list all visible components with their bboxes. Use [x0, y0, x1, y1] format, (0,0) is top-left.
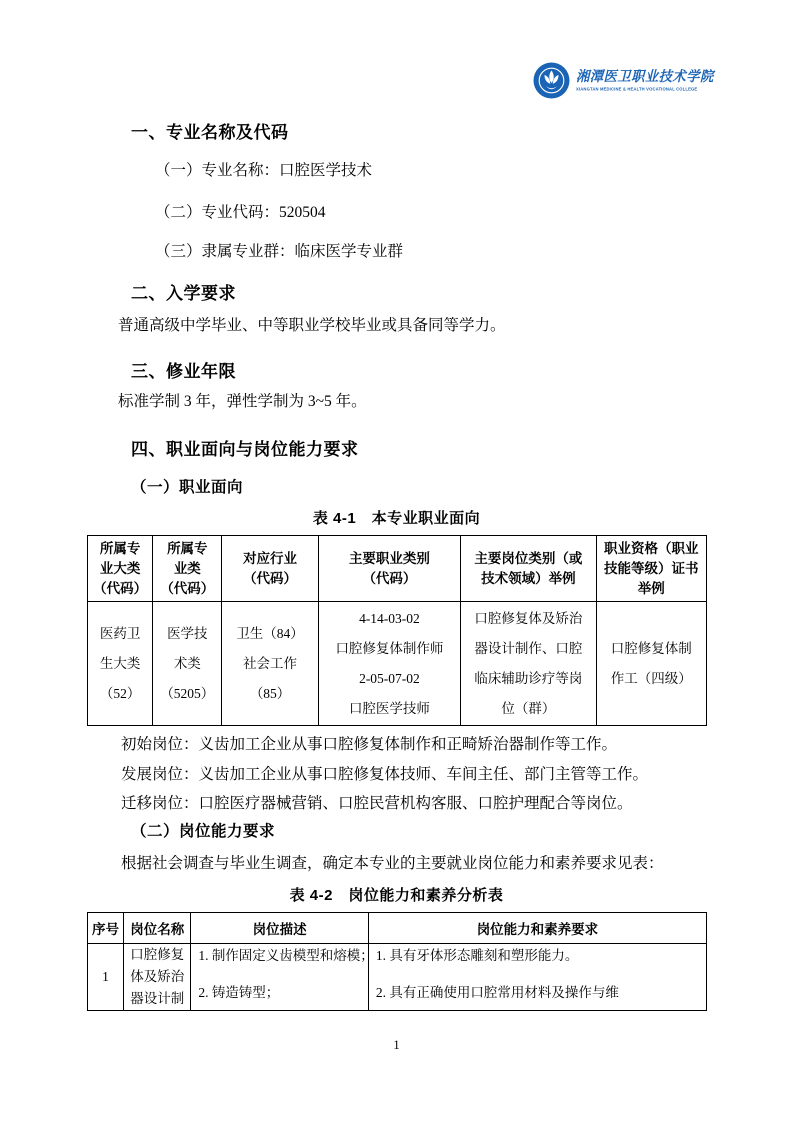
- cell-line: 口腔修复体及矫治: [463, 604, 593, 634]
- cell-line: （5205）: [155, 679, 219, 709]
- cell-line: 器设计制: [126, 988, 188, 1010]
- t2-header-row: 序号 岗位名称 岗位描述 岗位能力和素养要求: [88, 913, 707, 944]
- t2-header-post-desc: 岗位描述: [191, 913, 369, 944]
- subsection-career-heading: （一）职业面向: [131, 478, 243, 498]
- cell-line: 职业资格（职业: [599, 539, 704, 559]
- t2-cell-no: 1: [88, 944, 124, 1011]
- t2-cell-post-desc: 1. 制作固定义齿模型和熔模；2. 铸造铸型；: [191, 944, 369, 1011]
- cell-line: 2-05-07-02: [321, 664, 458, 694]
- cell-line: （代码）: [224, 569, 315, 589]
- t2-cell-requirements: 1. 具有牙体形态雕刻和塑形能力。2. 具有正确使用口腔常用材料及操作与维: [368, 944, 706, 1011]
- cell-line: 临床辅助诊疗等岗: [463, 664, 593, 694]
- t1-header-certificates: 职业资格（职业技能等级）证书举例: [596, 536, 706, 602]
- t1-header-row: 所属专业大类（代码） 所属专业类（代码） 对应行业（代码） 主要职业类别（代码）…: [88, 536, 707, 602]
- cell-line: 口腔医学技师: [321, 694, 458, 724]
- competency-analysis-table: 序号 岗位名称 岗位描述 岗位能力和素养要求 1 口腔修复体及矫治器设计制 1.…: [87, 912, 707, 1011]
- cell-line: （代码）: [90, 579, 150, 599]
- cell-line: 社会工作: [224, 649, 315, 679]
- t1-data-row: 医药卫生大类（52） 医学技术类（5205） 卫生（84）社会工作（85） 4-…: [88, 602, 707, 726]
- section-3-body: 标准学制 3 年，弹性学制为 3~5 年。: [118, 391, 367, 413]
- cell-line: （85）: [224, 679, 315, 709]
- college-name-block: 湘潭医卫职业技术学院 XIANGTAN MEDICINE & HEALTH VO…: [576, 62, 793, 96]
- t2-header-requirements: 岗位能力和素养要求: [368, 913, 706, 944]
- section-1-item-major-group: （三）隶属专业群：临床医学专业群: [155, 241, 403, 263]
- subsection-competency-heading: （二）岗位能力要求: [131, 822, 275, 842]
- t1-cell-occupation-class: 4-14-03-02口腔修复体制作师2-05-07-02口腔医学技师: [318, 602, 460, 726]
- cell-line: 术类: [155, 649, 219, 679]
- cell-line: 所属专: [155, 539, 219, 559]
- cell-line: 1. 制作固定义齿模型和熔模；: [198, 947, 364, 965]
- survey-note-text: 根据社会调查与毕业生调查，确定本专业的主要就业岗位能力和素养要求见表：: [121, 853, 664, 875]
- cell-line: （代码）: [155, 579, 219, 599]
- section-1-item-major-code: （二）专业代码：520504: [155, 202, 326, 224]
- cell-line: 业大类: [90, 559, 150, 579]
- college-name-cn: 湘潭医卫职业技术学院: [576, 66, 793, 86]
- cell-line: 主要职业类别: [321, 549, 458, 569]
- section-1-item-major-name: （一）专业名称：口腔医学技术: [155, 160, 372, 182]
- section-2-body: 普通高级中学毕业、中等职业学校毕业或具备同等学力。: [118, 315, 506, 337]
- table-4-1-caption: 表 4-1 本专业职业面向: [88, 507, 705, 528]
- cell-line: 4-14-03-02: [321, 604, 458, 634]
- cell-line: 医学技: [155, 619, 219, 649]
- t1-header-major-category: 所属专业大类（代码）: [88, 536, 153, 602]
- initial-position-text: 初始岗位：义齿加工企业从事口腔修复体制作和正畸矫治器制作等工作。: [121, 734, 617, 756]
- document-page: 湘潭医卫职业技术学院 XIANGTAN MEDICINE & HEALTH VO…: [0, 0, 793, 1122]
- t1-header-industry: 对应行业（代码）: [222, 536, 318, 602]
- t2-header-post-name: 岗位名称: [124, 913, 191, 944]
- cell-line: 业类: [155, 559, 219, 579]
- section-4-heading: 四、职业面向与岗位能力要求: [131, 439, 359, 461]
- cell-line: 所属专: [90, 539, 150, 559]
- cell-line: 对应行业: [224, 549, 315, 569]
- cell-line: 主要岗位类别（或: [463, 549, 593, 569]
- cell-line: 技术领域）举例: [463, 569, 593, 589]
- cell-line: 口腔修复体制作师: [321, 634, 458, 664]
- table-4-2-caption: 表 4-2 岗位能力和素养分析表: [88, 884, 705, 905]
- t1-cell-post-examples: 口腔修复体及矫治器设计制作、口腔临床辅助诊疗等岗位（群）: [461, 602, 596, 726]
- career-orientation-table: 所属专业大类（代码） 所属专业类（代码） 对应行业（代码） 主要职业类别（代码）…: [87, 535, 707, 726]
- section-2-heading: 二、入学要求: [131, 283, 236, 305]
- cell-line: 2. 铸造铸型；: [198, 984, 364, 1002]
- transfer-position-text: 迁移岗位：口腔医疗器械营销、口腔民营机构客服、口腔护理配合等岗位。: [121, 793, 633, 815]
- college-seal-icon: [533, 62, 570, 99]
- t1-cell-major-class: 医学技术类（5205）: [153, 602, 222, 726]
- cell-line: 作工（四级）: [599, 664, 704, 694]
- section-1-heading: 一、专业名称及代码: [131, 122, 289, 144]
- cell-line: 举例: [599, 579, 704, 599]
- t2-data-row: 1 口腔修复体及矫治器设计制 1. 制作固定义齿模型和熔模；2. 铸造铸型； 1…: [88, 944, 707, 1011]
- t1-header-major-class: 所属专业类（代码）: [153, 536, 222, 602]
- section-3-heading: 三、修业年限: [131, 361, 236, 383]
- cell-line: 生大类: [90, 649, 150, 679]
- cell-line: （代码）: [321, 569, 458, 589]
- t1-header-occupation-class: 主要职业类别（代码）: [318, 536, 460, 602]
- cell-line: 技能等级）证书: [599, 559, 704, 579]
- cell-line: 医药卫: [90, 619, 150, 649]
- cell-line: 口腔修复: [126, 944, 188, 966]
- college-name-en: XIANGTAN MEDICINE & HEALTH VOCATIONAL CO…: [576, 87, 697, 92]
- development-position-text: 发展岗位：义齿加工企业从事口腔修复体技师、车间主任、部门主管等工作。: [121, 764, 648, 786]
- t1-header-post-examples: 主要岗位类别（或技术领域）举例: [461, 536, 596, 602]
- t2-header-no: 序号: [88, 913, 124, 944]
- cell-line: （52）: [90, 679, 150, 709]
- cell-line: 1. 具有牙体形态雕刻和塑形能力。: [376, 947, 702, 965]
- cell-line: 体及矫治: [126, 966, 188, 988]
- cell-line: 口腔修复体制: [599, 634, 704, 664]
- college-logo: 湘潭医卫职业技术学院 XIANGTAN MEDICINE & HEALTH VO…: [533, 62, 793, 99]
- t1-cell-industry: 卫生（84）社会工作（85）: [222, 602, 318, 726]
- t1-cell-major-category: 医药卫生大类（52）: [88, 602, 153, 726]
- t1-cell-certificates: 口腔修复体制作工（四级）: [596, 602, 706, 726]
- cell-line: 卫生（84）: [224, 619, 315, 649]
- cell-line: 器设计制作、口腔: [463, 634, 593, 664]
- cell-line: 2. 具有正确使用口腔常用材料及操作与维: [376, 984, 702, 1002]
- cell-line: 位（群）: [463, 694, 593, 724]
- page-number: 1: [0, 1038, 793, 1053]
- t2-cell-post-name: 口腔修复体及矫治器设计制: [124, 944, 191, 1011]
